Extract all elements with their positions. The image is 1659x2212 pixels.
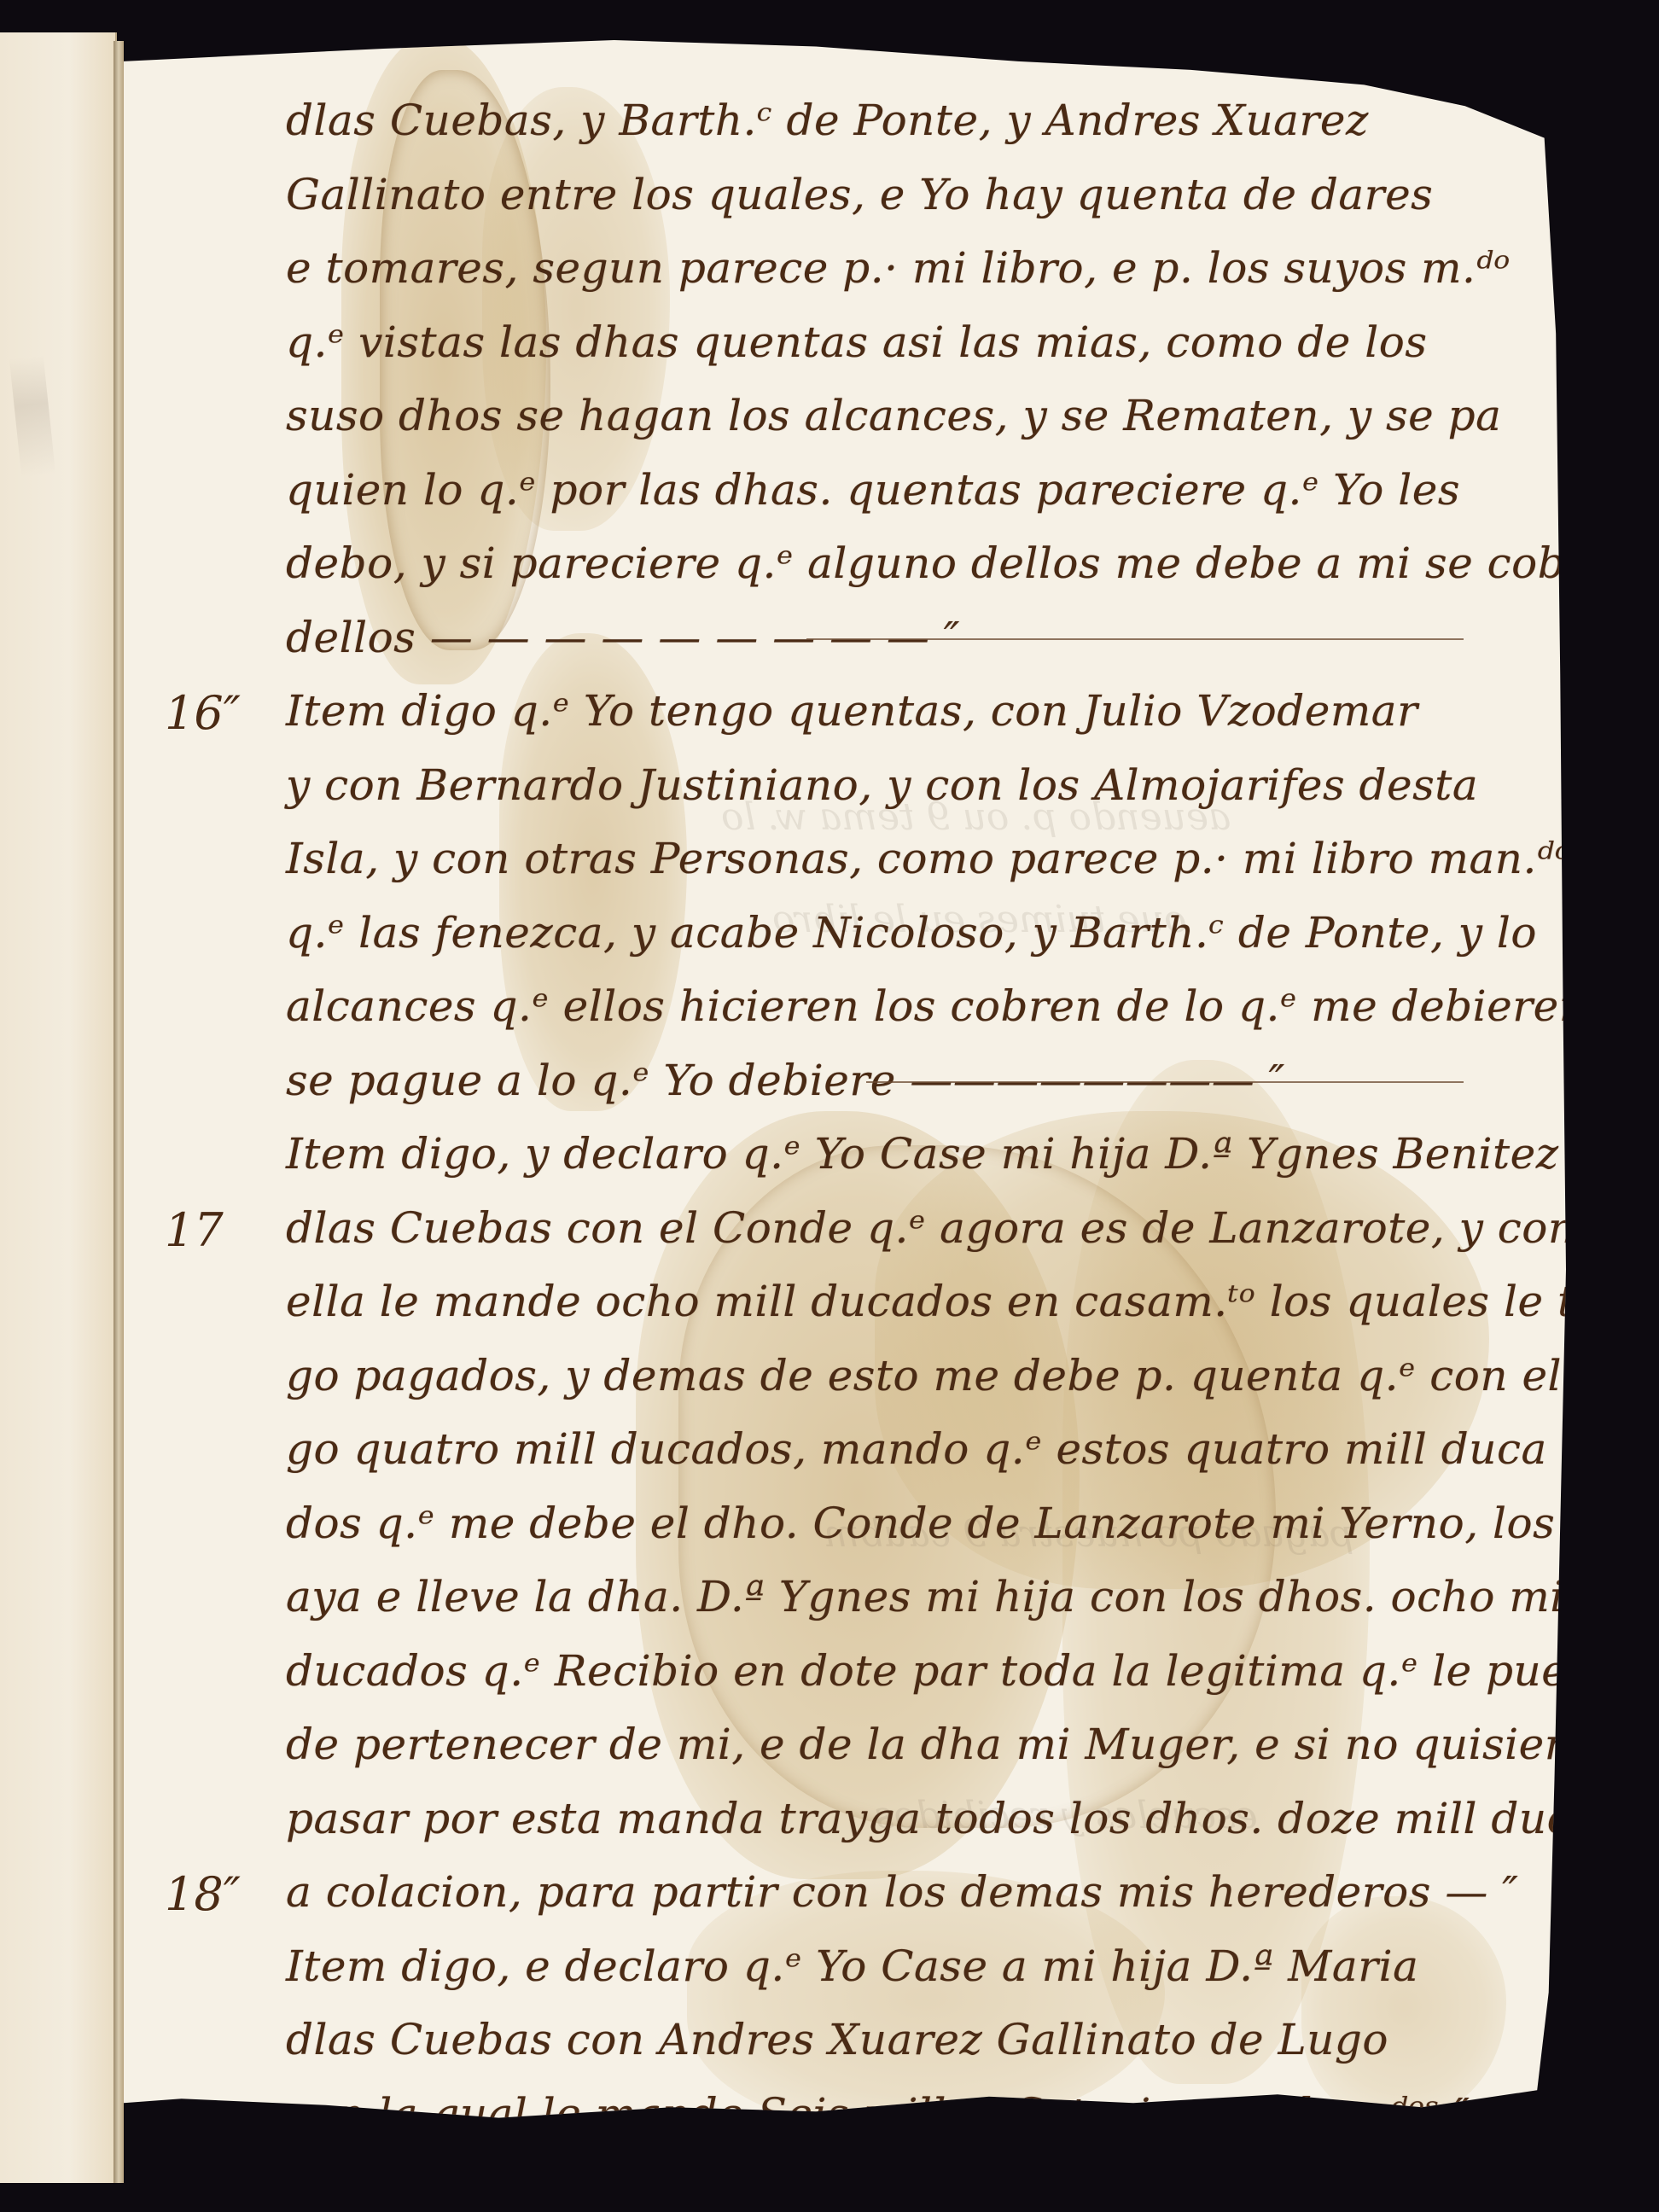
- manuscript-line: a colacion, para partir con los demas mi…: [286, 1867, 1518, 1917]
- manuscript-line: q.ᵉ las fenezca, y acabe Nicoloso, y Bar…: [286, 908, 1537, 958]
- binding-gutter: [114, 41, 124, 2183]
- manuscript-photo: aeuendo p. ou 9 tema w. lo oue tuimes eu…: [0, 0, 1659, 2212]
- item-number: 18″: [165, 1867, 241, 1921]
- manuscript-line: go quatro mill ducados, mando q.ᵉ estos …: [286, 1424, 1547, 1474]
- manuscript-line: go pagados, y demas de esto me debe p. q…: [286, 1351, 1566, 1400]
- manuscript-line: dellos — — — — — — — — — ″: [286, 613, 960, 662]
- manuscript-line: e tomares, segun parece p.· mi libro, e …: [286, 243, 1511, 293]
- facing-page-edge: [0, 32, 117, 2183]
- manuscript-line: Isla, y con otras Personas, como parece …: [286, 834, 1566, 883]
- manuscript-line: suso dhos se hagan los alcances, y se Re…: [286, 391, 1501, 440]
- manuscript-line: se pague a lo q.ᵉ Yo debiere ———————— ″: [286, 1056, 1285, 1105]
- manuscript-line: Item digo, y declaro q.ᵉ Yo Case mi hija…: [286, 1129, 1559, 1179]
- show-through-ink: [9, 355, 55, 477]
- item-number: 17: [165, 1203, 224, 1257]
- line-filler-rule: [806, 638, 1464, 640]
- manuscript-line: y con Bernardo Justiniano, y con los Alm…: [286, 760, 1478, 810]
- manuscript-line: alcances q.ᵉ ellos hicieren los cobren d…: [286, 981, 1566, 1031]
- manuscript-line: pasar por esta manda trayga todos los dh…: [286, 1794, 1566, 1843]
- manuscript-text: dlas Cuebas, y Barth.ᶜ de Ponte, y Andre…: [124, 36, 1566, 2163]
- manuscript-line: Gallinato entre los quales, e Yo hay que…: [286, 170, 1433, 219]
- manuscript-line: dlas Cuebas con Andres Xuarez Gallinato …: [286, 2015, 1388, 2064]
- manuscript-line: Item digo, e declaro q.ᵉ Yo Case a mi hi…: [286, 1941, 1418, 1991]
- manuscript-line: ducados q.ᵉ Recibio en dote par toda la …: [286, 1646, 1566, 1696]
- manuscript-line: quien lo q.ᵉ por las dhas. quentas parec…: [286, 465, 1460, 515]
- manuscript-line: con la qual le mande Seis mill, e Seteci…: [286, 2089, 1470, 2139]
- manuscript-page: aeuendo p. ou 9 tema w. lo oue tuimes eu…: [124, 36, 1566, 2163]
- manuscript-line: dlas Cuebas con el Conde q.ᵉ agora es de…: [286, 1203, 1566, 1253]
- item-number: 16″: [165, 686, 241, 740]
- line-filler-rule: [866, 1081, 1464, 1083]
- manuscript-line: Item digo q.ᵉ Yo tengo quentas, con Juli…: [286, 686, 1418, 736]
- manuscript-line: de pertenecer de mi, e de la dha mi Muge…: [286, 1720, 1566, 1769]
- manuscript-line: aya e lleve la dha. D.ª Ygnes mi hija co…: [286, 1572, 1566, 1621]
- manuscript-line: dos q.ᵉ me debe el dho. Conde de Lanzaro…: [286, 1499, 1555, 1548]
- manuscript-line: q.ᵉ vistas las dhas quentas asi las mias…: [286, 317, 1428, 367]
- manuscript-line: dlas Cuebas, y Barth.ᶜ de Ponte, y Andre…: [286, 96, 1369, 145]
- manuscript-line: debo, y si pareciere q.ᵉ alguno dellos m…: [286, 538, 1566, 588]
- manuscript-line: ella le mande ocho mill ducados en casam…: [286, 1277, 1566, 1326]
